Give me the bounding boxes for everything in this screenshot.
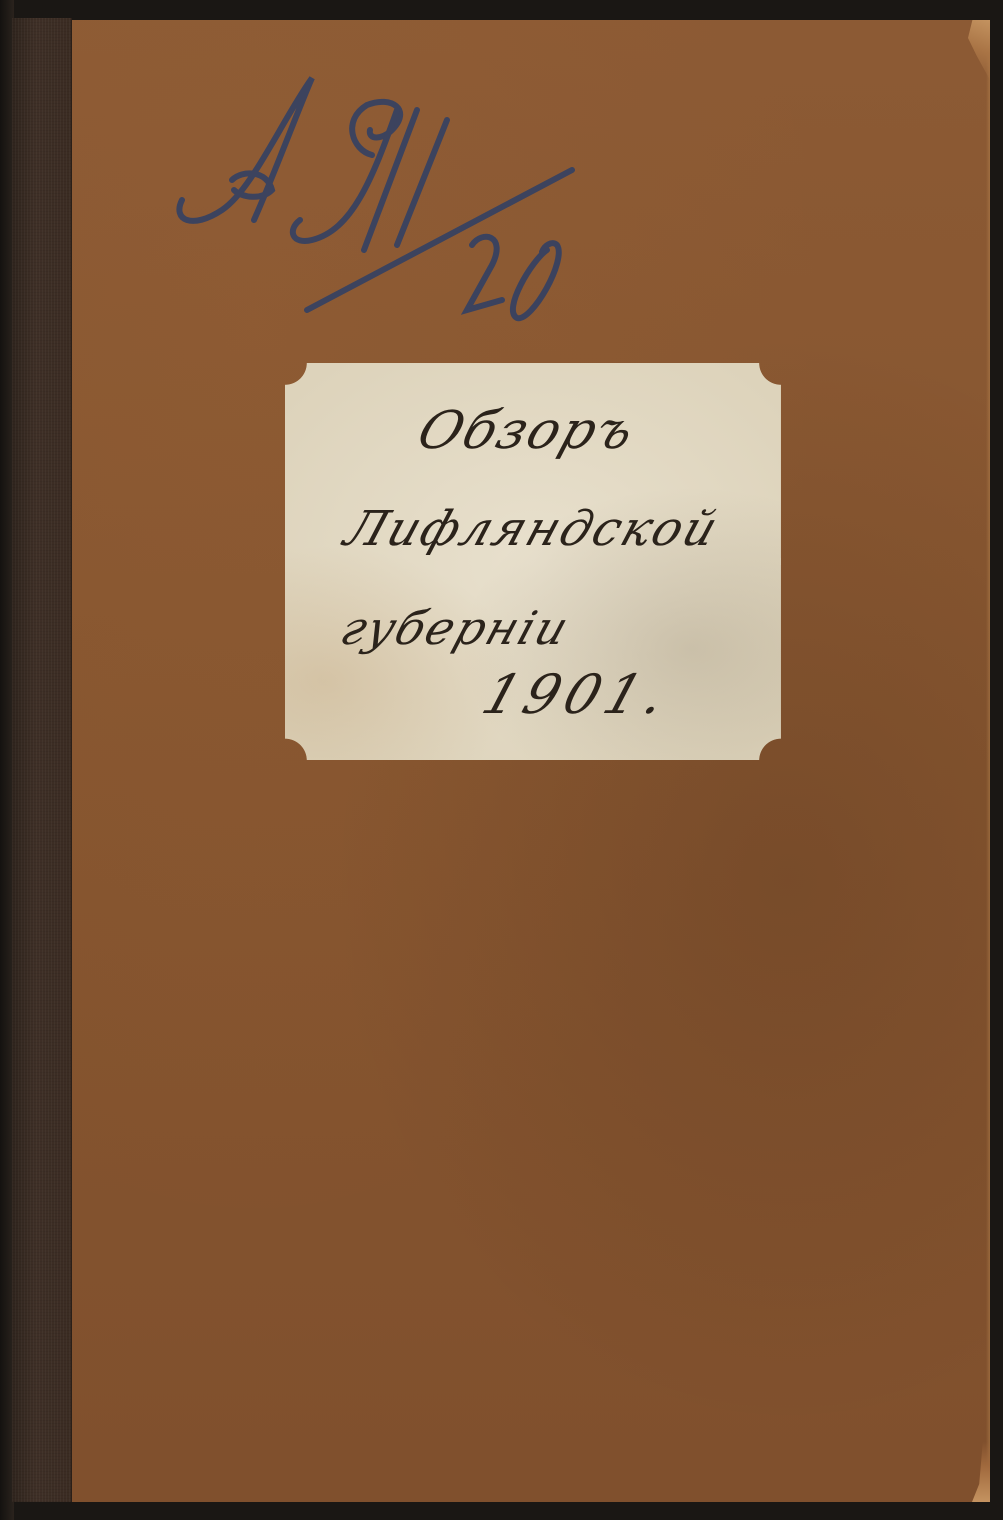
- front-cover: A 911/20: [72, 20, 990, 1502]
- pencil-shelf-mark-strokes: [172, 60, 592, 340]
- label-year: 1901.: [475, 663, 680, 726]
- label-province: губерніи: [334, 601, 577, 655]
- cloth-spine: [12, 18, 72, 1502]
- corner-wear-top: [968, 20, 990, 80]
- cover-edge: [986, 40, 990, 1480]
- label-title: Обзоръ: [410, 401, 643, 461]
- corner-wear-bottom: [972, 1442, 990, 1502]
- label-region: Лифляндской: [338, 501, 726, 557]
- paper-label: Обзоръ Лифляндской губерніи 1901.: [285, 363, 781, 760]
- shelf-mark: A 911/20: [172, 60, 592, 340]
- book: A 911/20: [12, 18, 992, 1504]
